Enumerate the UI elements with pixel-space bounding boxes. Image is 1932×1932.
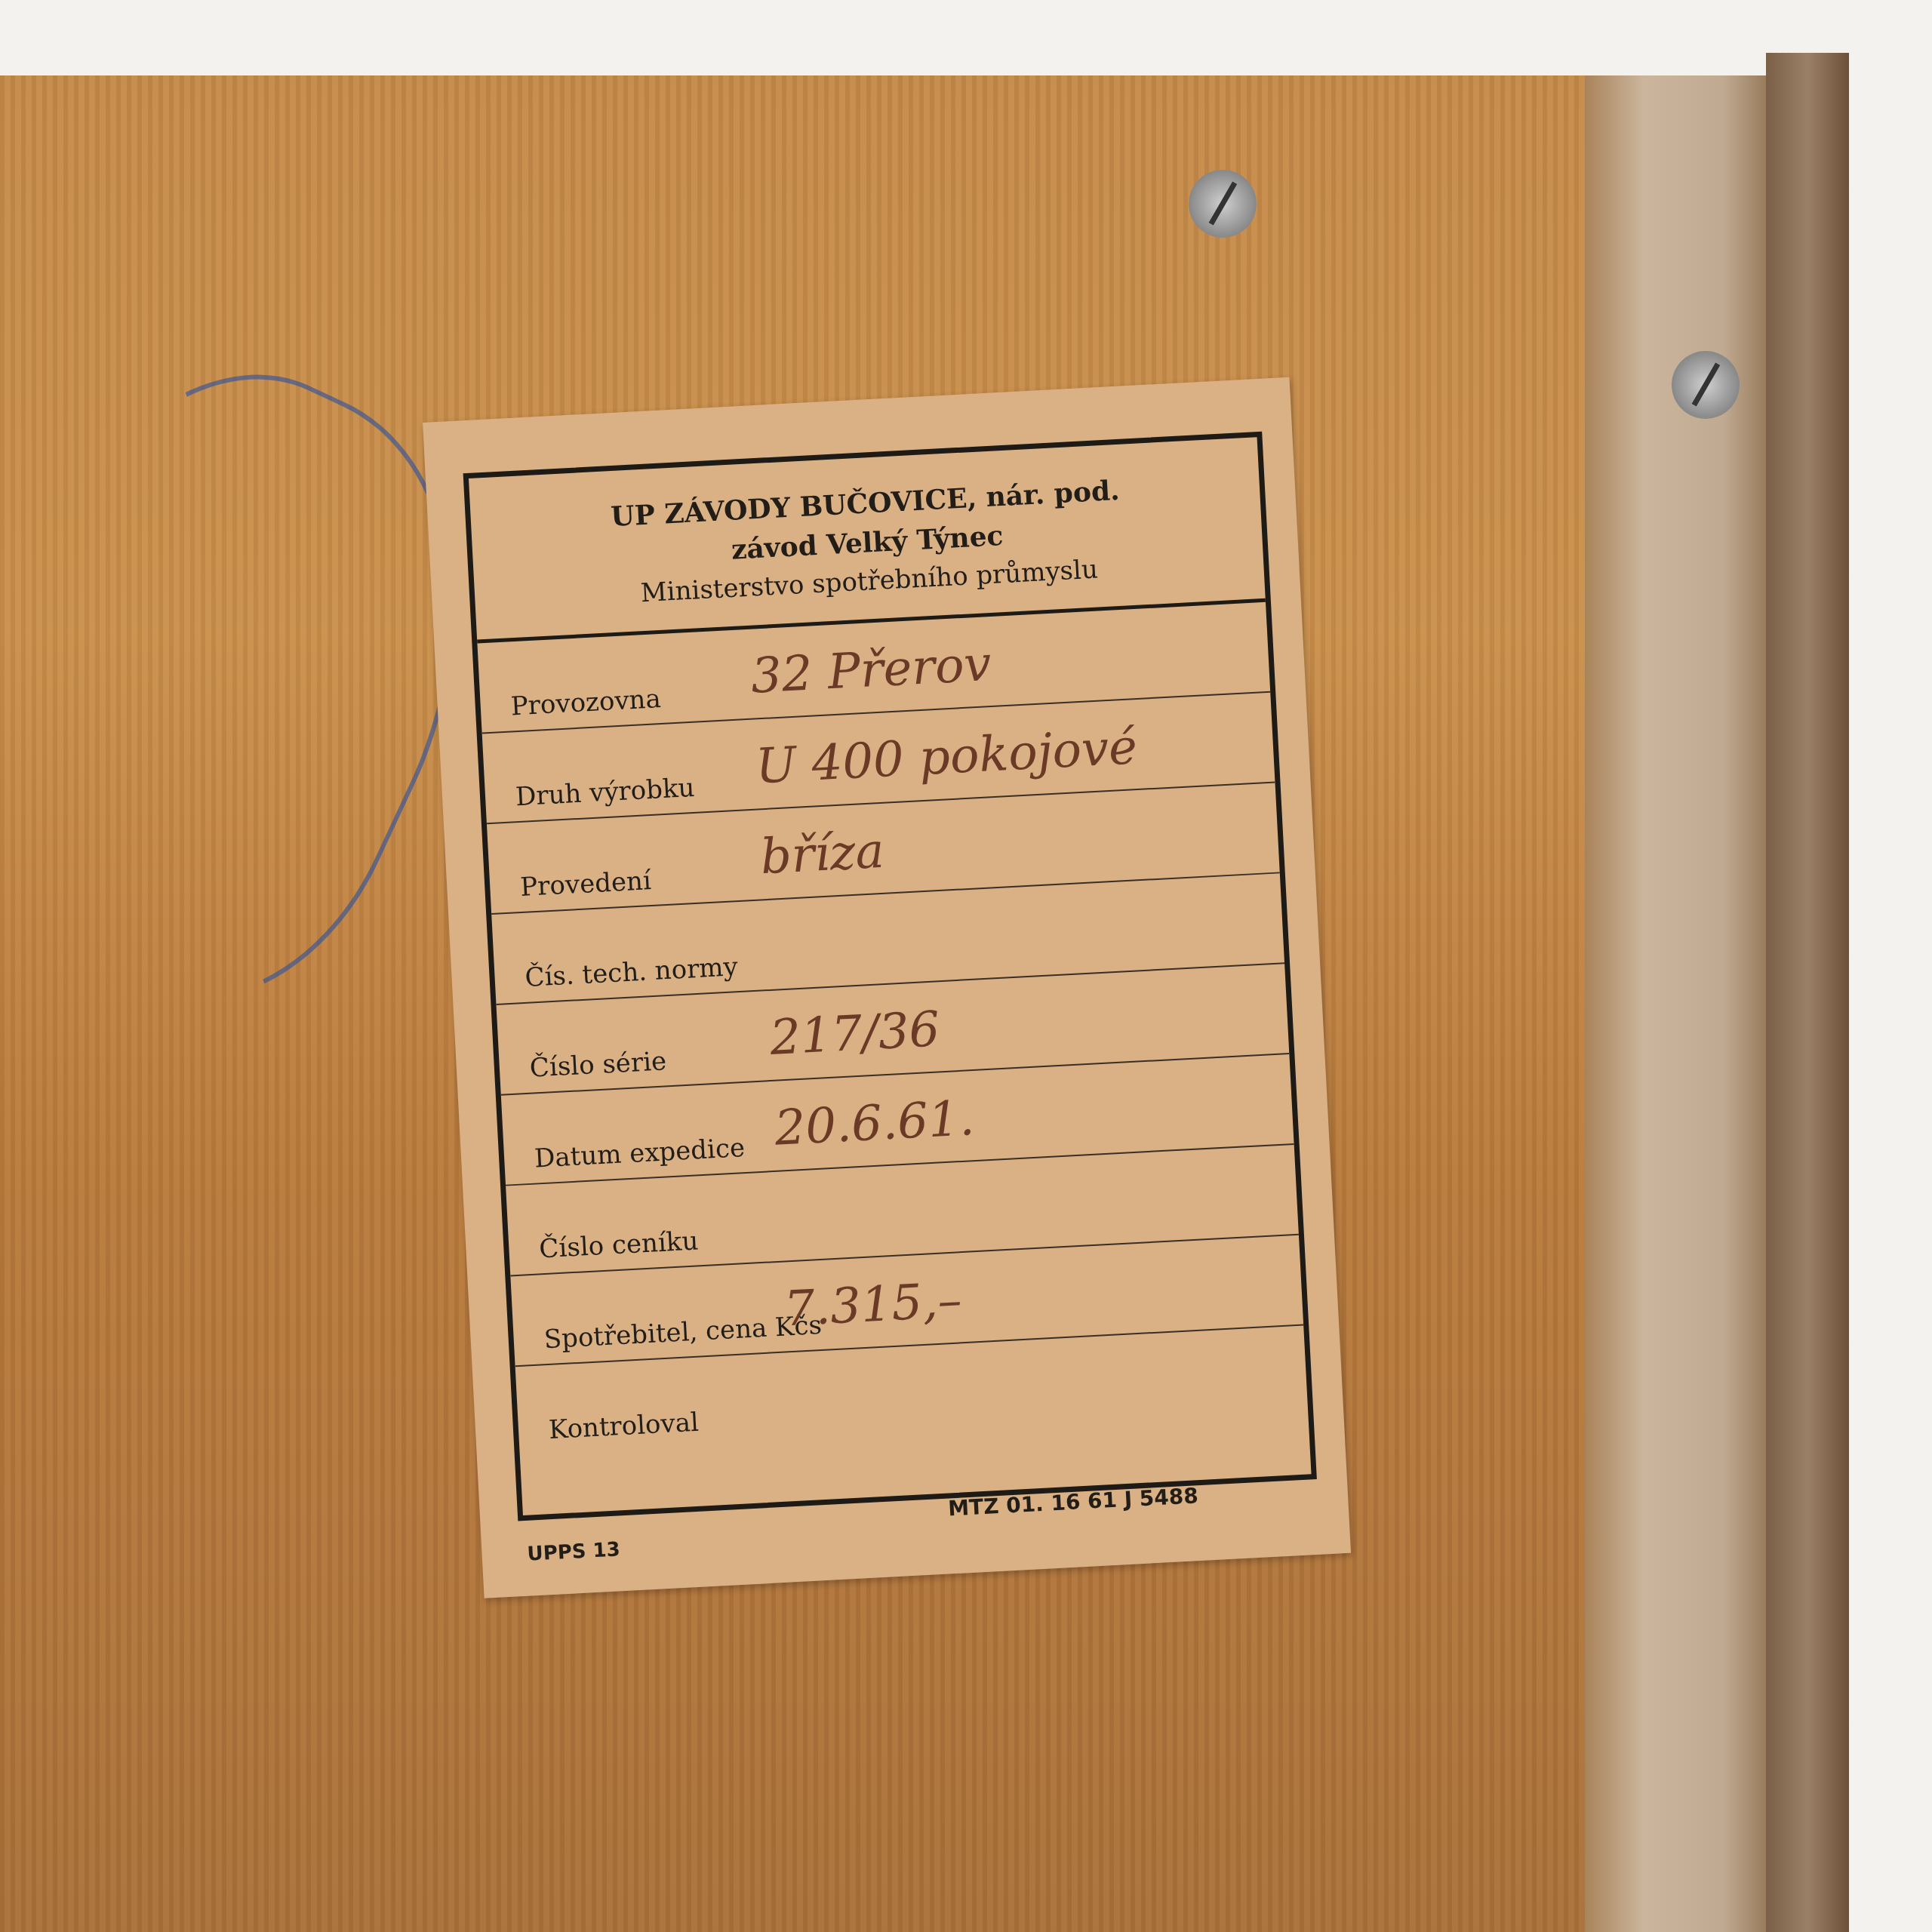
row-value: 7.315,– — [783, 1272, 963, 1337]
row-value: U 400 pokojové — [755, 719, 1139, 795]
row-key: Datum expedice — [534, 1133, 746, 1174]
screw-icon — [1189, 170, 1257, 238]
row-key: Číslo ceníku — [538, 1226, 699, 1264]
screw-icon — [1672, 351, 1740, 419]
footer-left-code: UPPS 13 — [527, 1538, 621, 1565]
row-value: bříza — [759, 823, 886, 885]
row-key: Provedení — [519, 866, 651, 903]
row-key: Číslo série — [529, 1046, 667, 1083]
row-key: Provozovna — [510, 684, 662, 721]
row-key: Čís. tech. normy — [525, 952, 739, 993]
row-key: Kontroloval — [548, 1407, 700, 1445]
label-frame: UP ZÁVODY BUČOVICE, nár. pod. závod Velk… — [463, 432, 1317, 1521]
row-value: 32 Přerov — [749, 636, 992, 705]
row-value: 217/36 — [768, 1001, 941, 1066]
board-edge — [1585, 75, 1781, 1932]
row-value: 20.6.61. — [774, 1091, 976, 1157]
row-key: Spotřebitel, cena Kčs — [543, 1310, 823, 1355]
row-key: Druh výrobku — [515, 773, 695, 812]
side-rail — [1766, 53, 1849, 1932]
product-label: UP ZÁVODY BUČOVICE, nár. pod. závod Velk… — [423, 377, 1351, 1598]
label-header: UP ZÁVODY BUČOVICE, nár. pod. závod Velk… — [469, 437, 1264, 617]
